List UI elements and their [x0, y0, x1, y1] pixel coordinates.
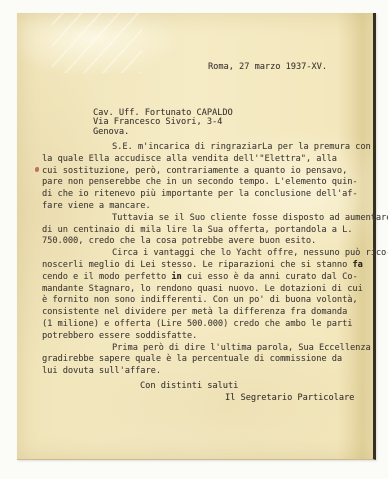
body-line: (1 milione) e offerta (Lire 500.000) cre… [42, 319, 372, 331]
body-line: cui sostituzione, però, contrariamente a… [42, 166, 372, 178]
body-line: S.E. m'incarica di ringraziarLa per la p… [42, 142, 372, 154]
signature-line: Il Segretario Particolare [225, 393, 354, 403]
paper-crease [52, 13, 142, 73]
closing-salutation: Con distinti saluti [140, 381, 238, 391]
body-line: fare viene a mancare. [42, 201, 372, 213]
letter-body: S.E. m'incarica di ringraziarLa per la p… [42, 142, 372, 378]
body-line: mandante Stagnaro, lo rendono quasi nuov… [42, 284, 372, 296]
body-line: consistente nel dividere per metà la dif… [42, 307, 372, 319]
body-line: pare non penserebbe che in un secondo te… [42, 177, 372, 189]
dateline: Roma, 27 marzo 1937-XV. [208, 62, 327, 72]
body-line: di che io ritenevo più importante per la… [42, 189, 372, 201]
address-line: Genova. [93, 128, 233, 137]
scanned-letter-page: Roma, 27 marzo 1937-XV. Cav. Uff. Fortun… [0, 0, 388, 479]
body-line: la quale Ella accudisce alla vendita del… [42, 154, 372, 166]
body-line: è fornito non sono indifferenti. Con un … [42, 295, 372, 307]
body-line: 750.000, credo che la cosa potrebbe aver… [42, 236, 372, 248]
letter-paper: Roma, 27 marzo 1937-XV. Cav. Uff. Fortun… [17, 13, 376, 460]
body-line: Tuttavia se il Suo cliente fosse dispost… [42, 213, 372, 225]
body-line: di un centinaio di mila lire la Sua offe… [42, 225, 372, 237]
body-line: cendo e il modo perfetto in cui esso è d… [42, 272, 372, 284]
ink-spot [35, 167, 39, 172]
body-line: potrebbero essere soddisfatte. [42, 331, 372, 343]
body-line: noscerli meglio di Lei stesso. Le ripara… [42, 260, 372, 272]
recipient-address: Cav. Uff. Fortunato CAPALDOVia Francesco… [93, 109, 233, 137]
body-line: lui dovuta sull'affare. [42, 366, 372, 378]
body-line: Prima però di dire l'ultima parola, Sua … [42, 343, 372, 355]
body-line: gradirebbe sapere quale è la percentuale… [42, 354, 372, 366]
body-line: Circa i vantaggi che lo Yacht offre, nes… [42, 248, 372, 260]
